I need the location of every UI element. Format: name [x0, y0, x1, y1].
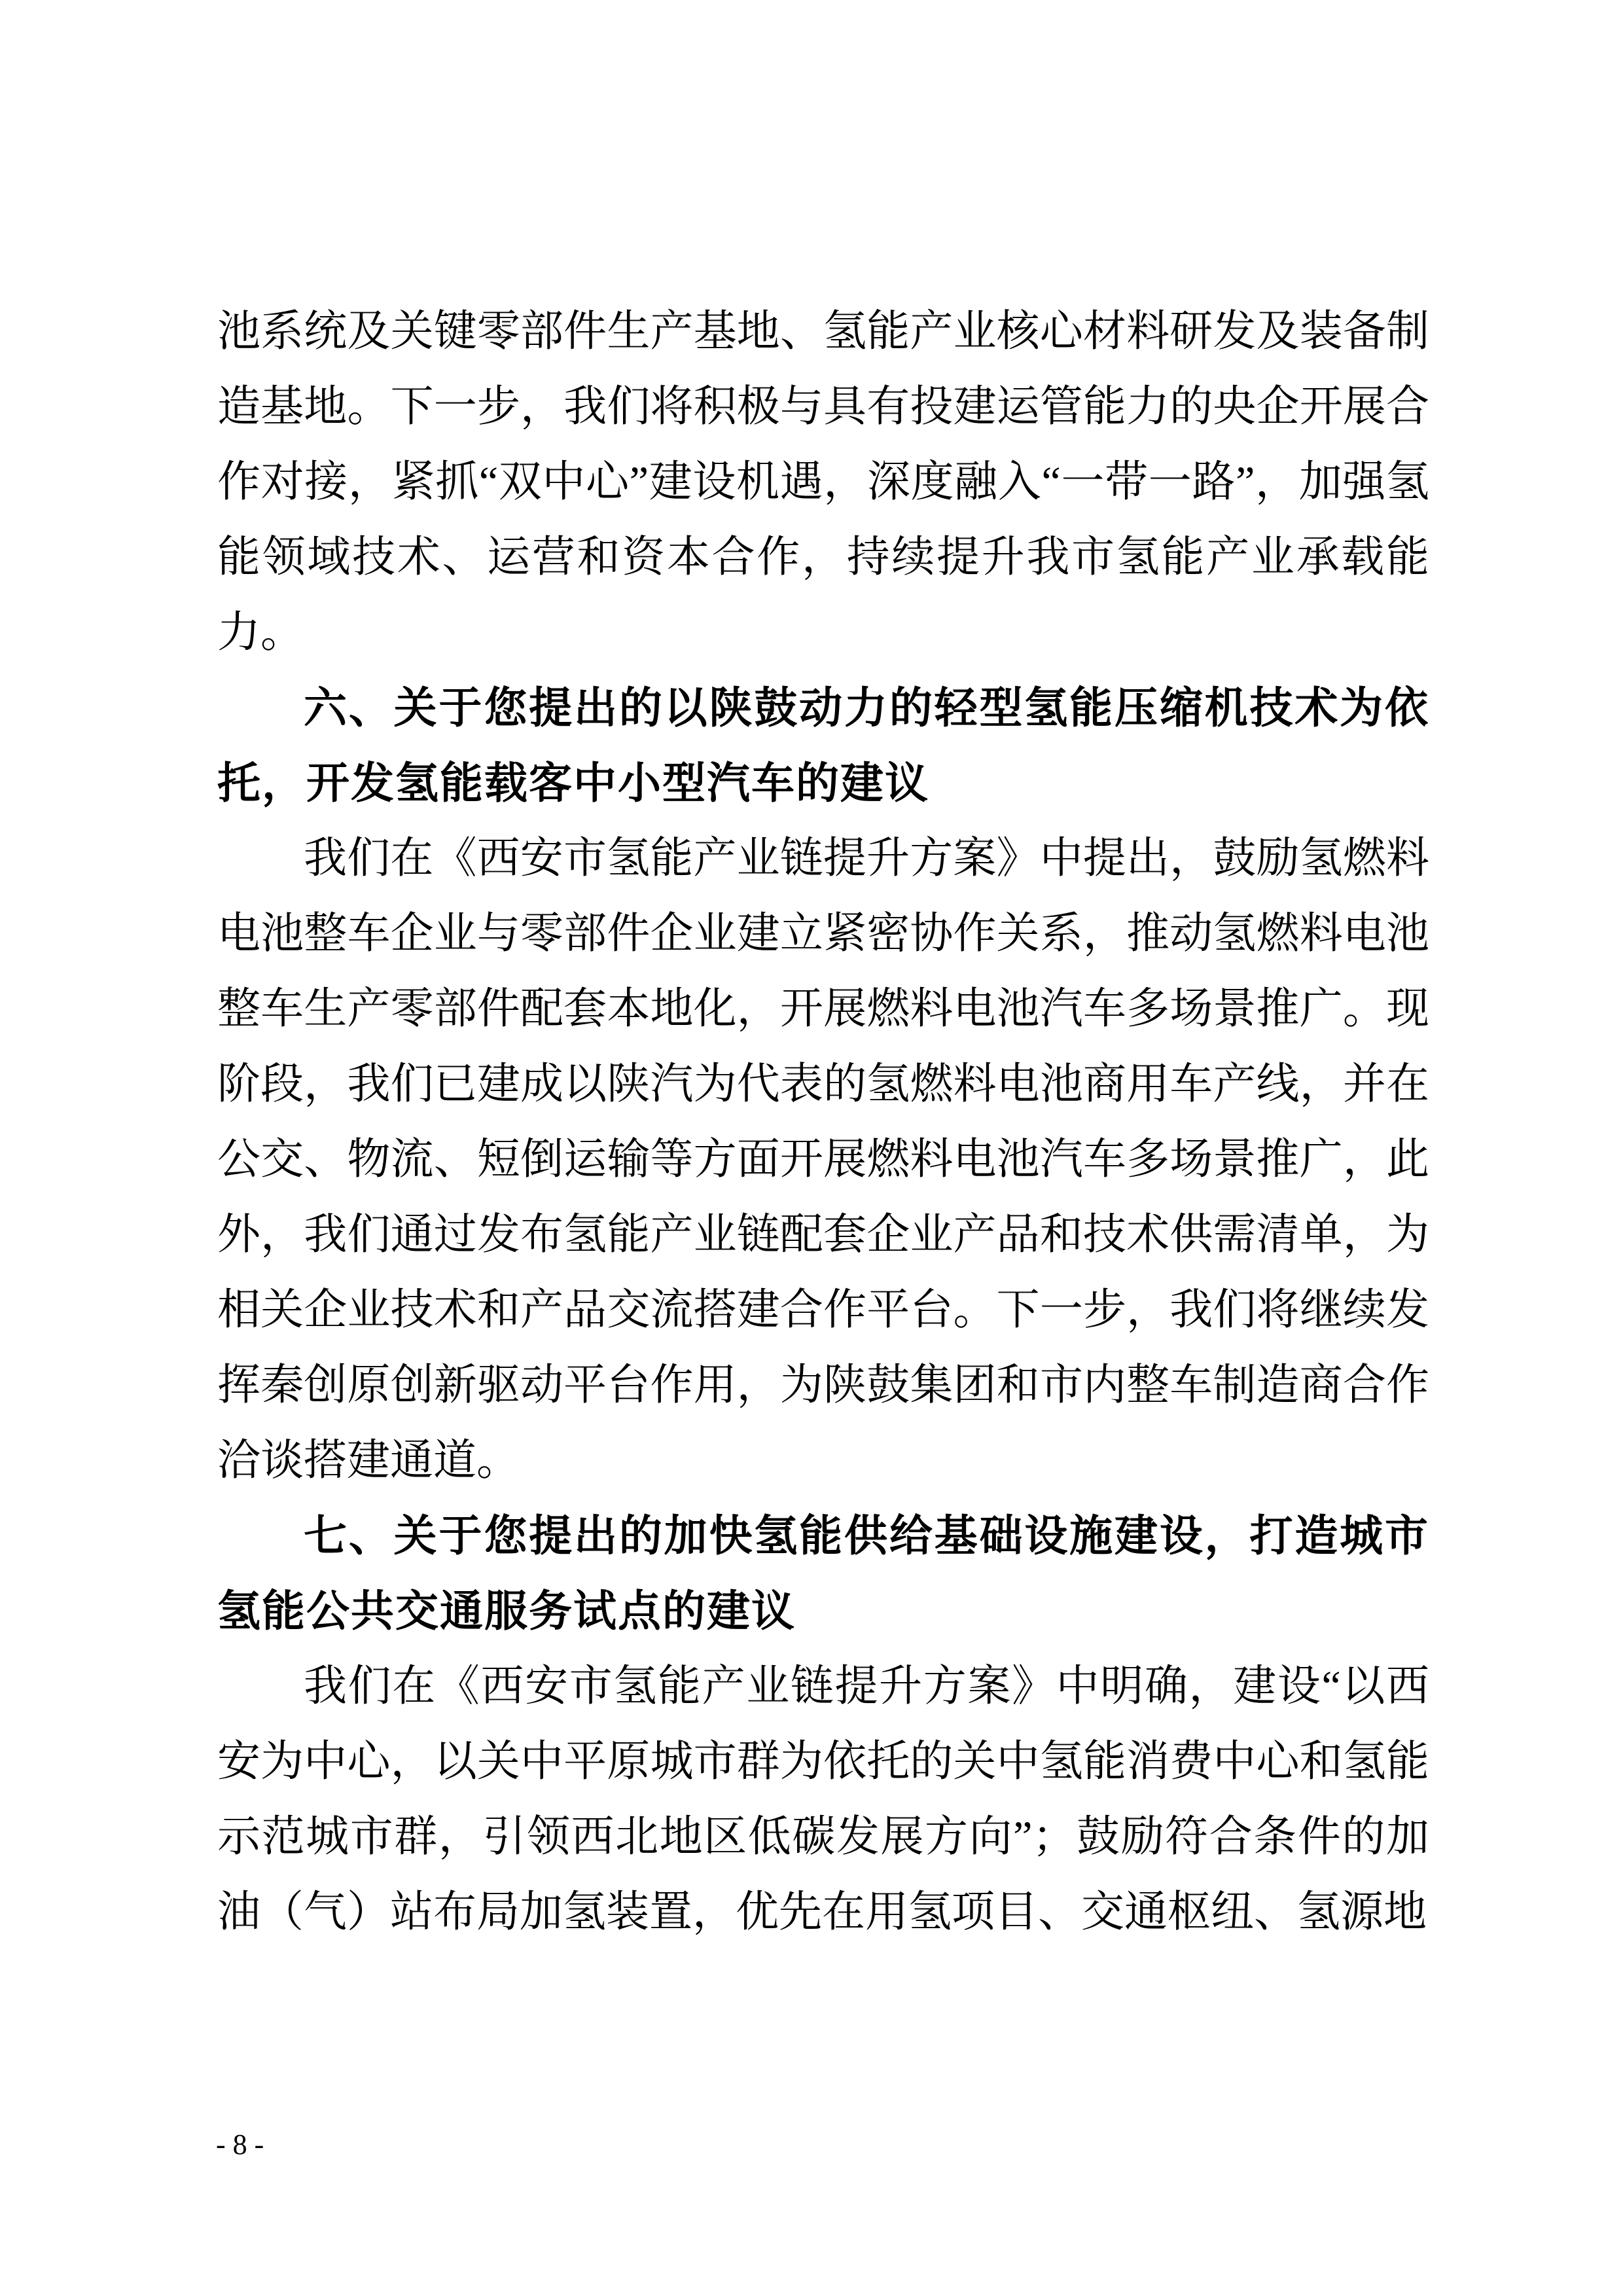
document-body: 池系统及关键零部件生产基地、氢能产业核心材料研发及装备制造基地。下一步，我们将积… — [217, 294, 1429, 1950]
continuation-paragraph: 池系统及关键零部件生产基地、氢能产业核心材料研发及装备制造基地。下一步，我们将积… — [217, 294, 1429, 670]
page-number: - 8 - — [216, 2129, 264, 2161]
section-heading-six: 六、关于您提出的以陕鼓动力的轻型氢能压缩机技术为依托，开发氢能载客中小型汽车的建… — [217, 670, 1429, 821]
section-six-paragraph: 我们在《西安市氢能产业链提升方案》中提出，鼓励氢燃料电池整车企业与零部件企业建立… — [217, 821, 1429, 1498]
document-page: 池系统及关键零部件生产基地、氢能产业核心材料研发及装备制造基地。下一步，我们将积… — [0, 0, 1623, 2296]
section-seven-paragraph: 我们在《西安市氢能产业链提升方案》中明确，建设“以西安为中心，以关中平原城市群为… — [217, 1649, 1429, 1950]
section-heading-seven: 七、关于您提出的加快氢能供给基础设施建设，打造城市氢能公共交通服务试点的建议 — [217, 1498, 1429, 1649]
